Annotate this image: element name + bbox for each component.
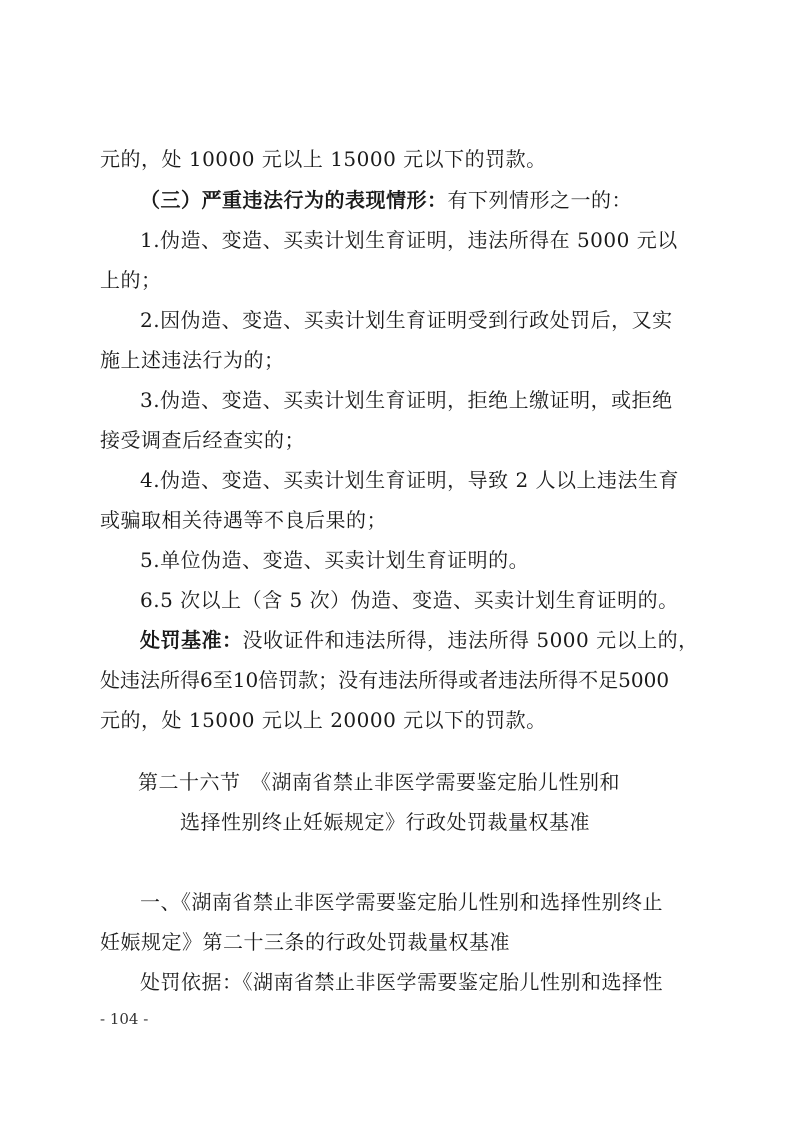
- penalty-standard: 处罚基准：没收证件和违法所得，违法所得 5000 元以上的，: [140, 626, 732, 654]
- list-item-1: 1.伪造、变造、买卖计划生育证明，违法所得在 5000 元以: [140, 226, 732, 254]
- bold-label: （三）严重违法行为的表现情形：: [140, 188, 448, 212]
- list-item-2: 2.因伪造、变造、买卖计划生育证明受到行政处罚后，又实: [140, 306, 732, 334]
- list-item-5: 5.单位伪造、变造、买卖计划生育证明的。: [140, 546, 732, 574]
- subsection-title: 一、《湖南省禁止非医学需要鉴定胎儿性别和选择性别终止: [140, 888, 732, 916]
- list-item-4-cont: 或骗取相关待遇等不良后果的；: [100, 506, 692, 534]
- bold-label: 处罚基准：: [140, 628, 243, 652]
- section-title-cont: 选择性别终止妊娠规定》行政处罚裁量权基准: [180, 808, 772, 836]
- list-item-1-cont: 上的；: [100, 266, 692, 294]
- list-item-4: 4.伪造、变造、买卖计划生育证明，导致 2 人以上违法生育: [140, 466, 732, 494]
- list-item-3-cont: 接受调查后经查实的；: [100, 426, 692, 454]
- penalty-standard-cont: 元的，处 15000 元以上 20000 元以下的罚款。: [100, 706, 692, 734]
- list-item-2-cont: 施上述违法行为的；: [100, 346, 692, 374]
- paragraph-line: 元的，处 10000 元以上 15000 元以下的罚款。: [100, 145, 692, 173]
- subsection-title-cont: 妊娠规定》第二十三条的行政处罚裁量权基准: [100, 928, 692, 956]
- penalty-standard-cont: 处违法所得6至10倍罚款；没有违法所得或者违法所得不足5000: [100, 666, 692, 694]
- severe-violation-heading: （三）严重违法行为的表现情形：有下列情形之一的：: [140, 186, 732, 214]
- page-number: - 104 -: [100, 1010, 148, 1028]
- label-text: 有下列情形之一的：: [448, 188, 633, 212]
- section-title: 第二十六节 《湖南省禁止非医学需要鉴定胎儿性别和: [138, 768, 730, 796]
- penalty-basis: 处罚依据：《湖南省禁止非医学需要鉴定胎儿性别和选择性: [140, 968, 732, 996]
- list-item-3: 3.伪造、变造、买卖计划生育证明，拒绝上缴证明，或拒绝: [140, 386, 732, 414]
- label-text: 没收证件和违法所得，违法所得 5000 元以上的，: [243, 628, 699, 652]
- list-item-6: 6.5 次以上（含 5 次）伪造、变造、买卖计划生育证明的。: [140, 586, 732, 614]
